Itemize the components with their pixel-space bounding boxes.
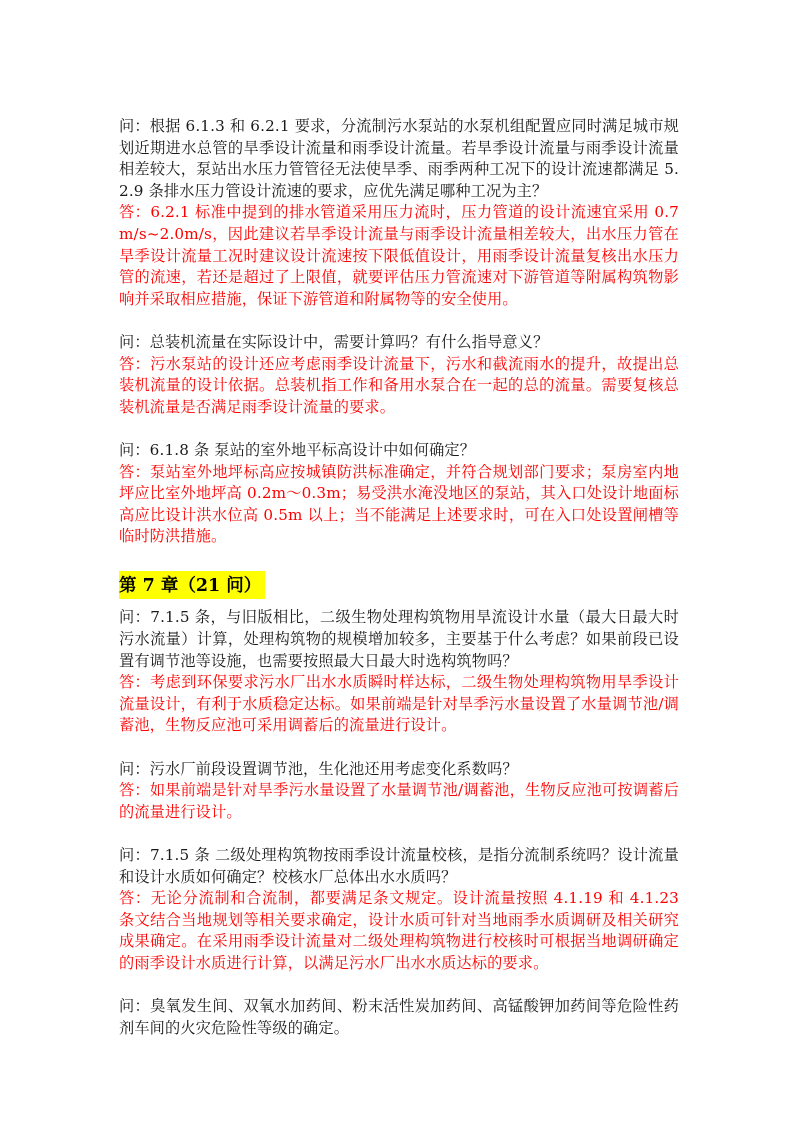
- question-text: 问：污水厂前段设置调节池，生化池还用考虑变化系数吗？: [119, 759, 679, 781]
- question-text: 问：7.1.5 条，与旧版相比，二级生物处理构筑物用旱流设计水量（最大日最大时污…: [119, 607, 679, 672]
- chapter-heading: 第 7 章（21 问）: [119, 571, 265, 599]
- answer-text: 答：如果前端是针对旱季污水量设置了水量调节池/调蓄池，生物反应池可按调蓄后的流量…: [119, 780, 679, 823]
- qa-block-ground-elevation: 问：6.1.8 条 泵站的室外地平标高设计中如何确定？ 答：泵站室外地坪标高应按…: [119, 440, 679, 548]
- chapter-heading-wrapper: 第 7 章（21 问）: [119, 569, 679, 607]
- answer-text: 答：无论分流制和合流制，都要满足条文规定。设计流量按照 4.1.19 和 4.1…: [119, 888, 679, 974]
- qa-block-equalization-tank: 问：污水厂前段设置调节池，生化池还用考虑变化系数吗？ 答：如果前端是针对旱季污水…: [119, 759, 679, 824]
- qa-block-pump-config: 问：根据 6.1.3 和 6.2.1 要求，分流制污水泵站的水泵机组配置应同时满…: [119, 116, 679, 310]
- qa-block-total-capacity: 问：总装机流量在实际设计中，需要计算吗？有什么指导意义？ 答：污水泵站的设计还应…: [119, 332, 679, 418]
- qa-block-secondary-treatment: 问：7.1.5 条，与旧版相比，二级生物处理构筑物用旱流设计水量（最大日最大时污…: [119, 607, 679, 737]
- question-text: 问：根据 6.1.3 和 6.2.1 要求，分流制污水泵站的水泵机组配置应同时满…: [119, 116, 679, 202]
- qa-block-wet-season-check: 问：7.1.5 条 二级处理构筑物按雨季设计流量校核，是指分流制系统吗？设计流量…: [119, 845, 679, 975]
- answer-text: 答：考虑到环保要求污水厂出水水质瞬时样达标，二级生物处理构筑物用旱季设计流量设计…: [119, 672, 679, 737]
- question-text: 问：总装机流量在实际设计中，需要计算吗？有什么指导意义？: [119, 332, 679, 354]
- question-text: 问：臭氧发生间、双氧水加药间、粉末活性炭加药间、高锰酸钾加药间等危险性药剂车间的…: [119, 996, 679, 1039]
- answer-text: 答：6.2.1 标准中提到的排水管道采用压力流时，压力管道的设计流速宜采用 0.…: [119, 202, 679, 310]
- question-text: 问：6.1.8 条 泵站的室外地平标高设计中如何确定？: [119, 440, 679, 462]
- document-page: 问：根据 6.1.3 和 6.2.1 要求，分流制污水泵站的水泵机组配置应同时满…: [119, 116, 679, 1061]
- qa-block-fire-hazard: 问：臭氧发生间、双氧水加药间、粉末活性炭加药间、高锰酸钾加药间等危险性药剂车间的…: [119, 996, 679, 1039]
- question-text: 问：7.1.5 条 二级处理构筑物按雨季设计流量校核，是指分流制系统吗？设计流量…: [119, 845, 679, 888]
- answer-text: 答：污水泵站的设计还应考虑雨季设计流量下，污水和截流雨水的提升，故提出总装机流量…: [119, 354, 679, 419]
- answer-text: 答：泵站室外地坪标高应按城镇防洪标准确定，并符合规划部门要求；泵房室内地坪应比室…: [119, 462, 679, 548]
